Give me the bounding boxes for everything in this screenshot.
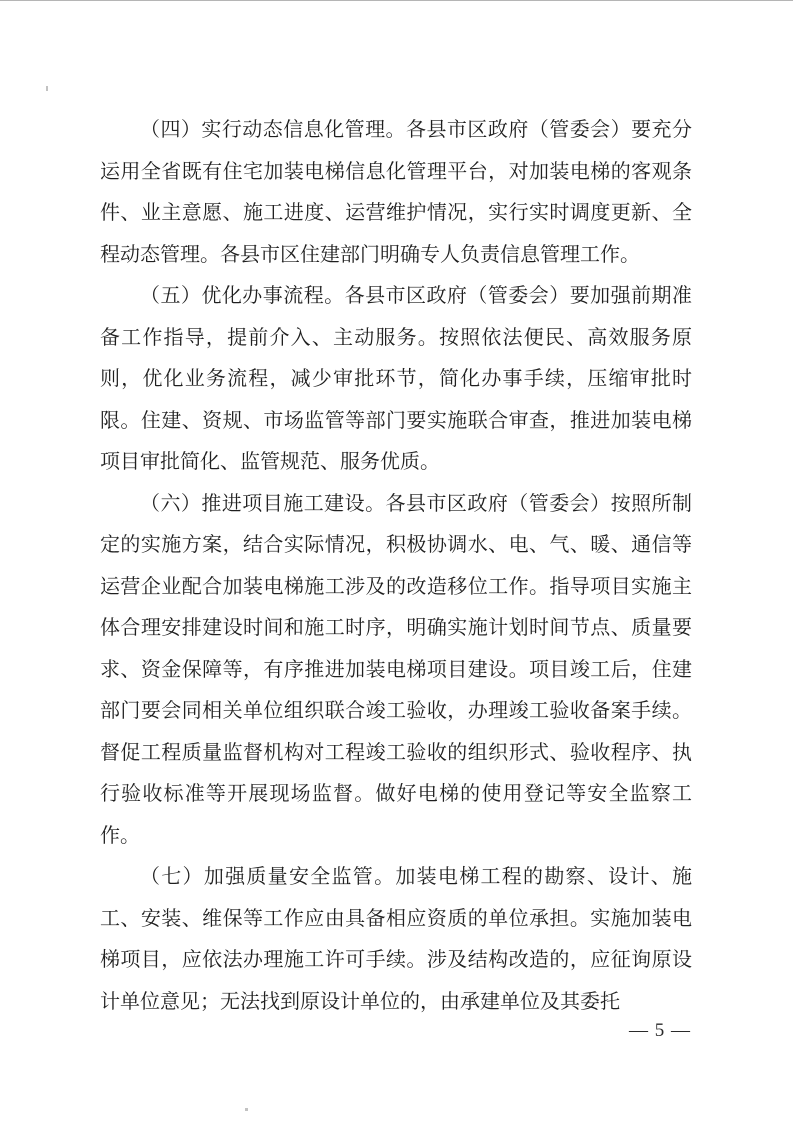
page-number: — 5 — [615, 1020, 705, 1042]
scan-edge-line [0, 0, 793, 1]
paragraph-item-7: （七）加强质量安全监管。加装电梯工程的勘察、设计、施工、安装、维保等工作应由具备… [100, 857, 692, 1023]
paragraph-item-5: （五）优化办事流程。各县市区政府（管委会）要加强前期准备工作指导，提前介入、主动… [100, 276, 692, 484]
document-page: （四）实行动态信息化管理。各县市区政府（管委会）要充分运用全省既有住宅加装电梯信… [0, 0, 793, 1122]
scan-speck [245, 1108, 248, 1111]
scan-speck [193, 956, 196, 958]
paragraph-item-4: （四）实行动态信息化管理。各县市区政府（管委会）要充分运用全省既有住宅加装电梯信… [100, 110, 692, 276]
paragraph-item-6: （六）推进项目施工建设。各县市区政府（管委会）按照所制定的实施方案，结合实际情况… [100, 484, 692, 858]
scan-speck [46, 86, 48, 91]
document-body: （四）实行动态信息化管理。各县市区政府（管委会）要充分运用全省既有住宅加装电梯信… [100, 110, 692, 1023]
